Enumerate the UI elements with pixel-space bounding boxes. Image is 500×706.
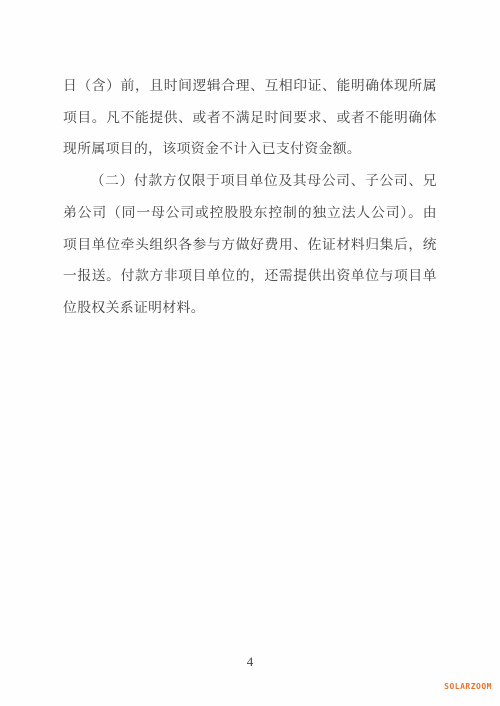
document-body: 日（含）前，且时间逻辑合理、互相印证、能明确体现所属项目。凡不能提供、或者不满足… [63, 70, 437, 324]
page-number: 4 [0, 654, 500, 670]
paragraph-item-2: （二）付款方仅限于项目单位及其母公司、子公司、兄弟公司（同一母公司或控股股东控制… [63, 165, 437, 324]
solarzoom-watermark: SOLARZOOM [444, 682, 492, 691]
paragraph-continuation: 日（含）前，且时间逻辑合理、互相印证、能明确体现所属项目。凡不能提供、或者不满足… [63, 70, 437, 165]
document-page: 日（含）前，且时间逻辑合理、互相印证、能明确体现所属项目。凡不能提供、或者不满足… [0, 0, 500, 706]
